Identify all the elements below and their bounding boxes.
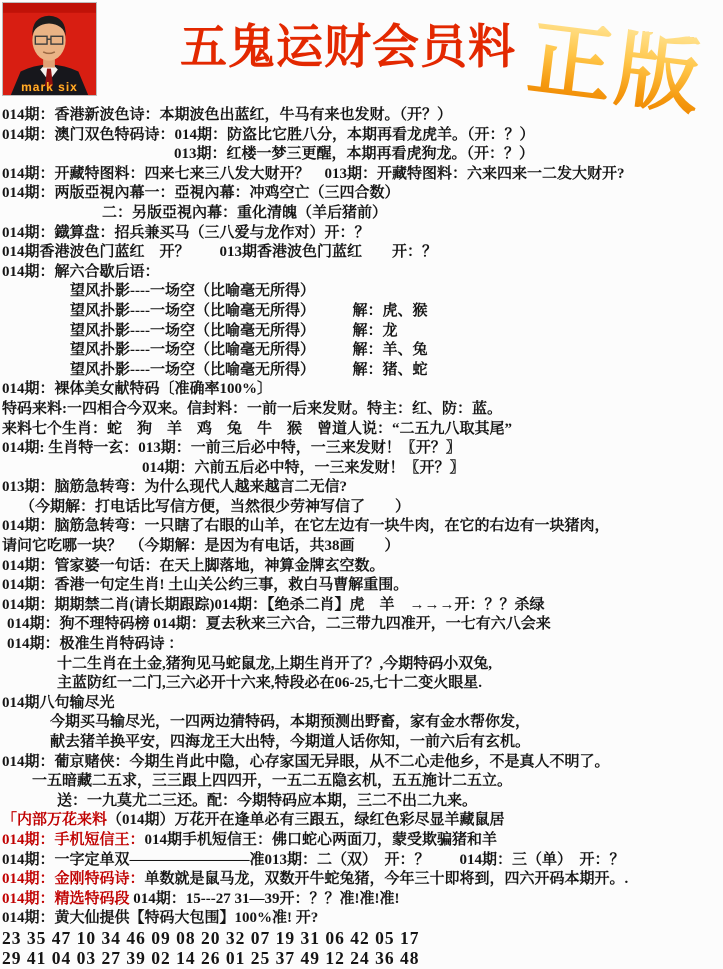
text-line: 望风扑影----一场空（比喻毫无所得） 解：虎、猴: [2, 302, 723, 322]
text-line: 014期：金刚特码诗：单数就是鼠马龙，双数开牛蛇兔猪，今年三十即将到，四六开码本…: [2, 870, 723, 890]
text-segment: 014期：两版亞視內幕一：亞視內幕：冲鸡空亡（三四合数）: [2, 185, 400, 201]
text-segment: 二：另版亞視內幕：重化清魄（羊后猪前）: [102, 205, 387, 221]
text-segment: 014期：解六合歇后语：: [2, 264, 160, 280]
text-line: 014期：两版亞視內幕一：亞視內幕：冲鸡空亡（三四合数）: [2, 184, 723, 204]
text-line: 「内部万花来料（014期）万花开在逢单必有三跟五，绿红色彩尽显羊藏鼠居: [2, 811, 723, 831]
text-segment: 014期：裸体美女献特码〔准确率100%〕: [2, 381, 272, 397]
text-line: 014期：香港新波色诗：本期波色出蓝红，牛马有来也发财。（开？）: [2, 106, 723, 126]
text-line: 014期：管家婆一句话：在天上脚落地，神算金牌玄空数。: [2, 557, 723, 577]
text-line: 014期：黄大仙提供【特码大包围】100%准! 开?: [2, 909, 723, 929]
text-segment: 014期：澳门双色特码诗：014期：防盗比它胜八分，本期再看龙虎羊。（开：？）: [2, 127, 535, 143]
text-segment: 望风扑影----一场空（比喻毫无所得） 解：羊、兔: [70, 342, 427, 358]
text-line: 014期：香港一句定生肖! 土山关公约三事，救白马曹解重围。: [2, 576, 723, 596]
text-segment: 望风扑影----一场空（比喻毫无所得） 解：虎、猴: [70, 303, 427, 319]
text-segment: 29 41 04 03 27 39 02 14 26 01 25 37 49 1…: [2, 948, 420, 968]
text-line: 014期：一字定单双————————准013期：二（双） 开：？ 014期：三（…: [2, 851, 723, 871]
text-line: 014期：狗不理特码榜 014期：夏去秋来三六合，二三带九四准开，一七有六八会来: [2, 615, 723, 635]
text-line: （今期解：打电话比写信方便，当然很少劳神写信了 ）: [2, 498, 723, 518]
text-segment: 014期：狗不理特码榜 014期：夏去秋来三六合，二三带九四准开，一七有六八会来: [7, 616, 551, 632]
text-segment: 014期：手机短信王：: [2, 832, 145, 848]
text-line: 013期：脑筋急转弯：为什么现代人越来越言二无信?: [2, 478, 723, 498]
text-line: 请问它吃哪一块？ （今期解：是因为有电话，共38画 ）: [2, 537, 723, 557]
text-segment: 014期八句输尽光: [2, 695, 115, 711]
text-line: 014期：裸体美女献特码〔准确率100%〕: [2, 380, 723, 400]
text-segment: 望风扑影----一场空（比喻毫无所得） 解：猪、蛇: [70, 362, 427, 378]
text-segment: （今期解：打电话比写信方便，当然很少劳神写信了 ）: [20, 499, 410, 515]
text-segment: 014期香港波色门蓝红 开？ 013期香港波色门蓝红 开：？: [2, 244, 437, 260]
text-line: 望风扑影----一场空（比喻毫无所得） 解：羊、兔: [2, 341, 723, 361]
text-line: 29 41 04 03 27 39 02 14 26 01 25 37 49 1…: [2, 949, 723, 969]
text-line: 014期香港波色门蓝红 开？ 013期香港波色门蓝红 开：？: [2, 243, 723, 263]
text-line: 014期：脑筋急转弯：一只瞎了右眼的山羊，在它左边有一块牛肉，在它的右边有一块猪…: [2, 517, 723, 537]
text-line: 23 35 47 10 34 46 09 08 20 32 07 19 31 0…: [2, 929, 723, 949]
header: mark six 五鬼运财会员料 正版: [0, 0, 723, 106]
text-segment: 主蓝防红一二门,三六必开十六来,特段必在06-25,七十二变火眼星.: [57, 675, 482, 691]
text-line: 014期：开藏特图料：四来七来三八发大财开？ 013期：开藏特图料：六来四来一二…: [2, 165, 723, 185]
text-line: 望风扑影----一场空（比喻毫无所得） 解：龙: [2, 322, 723, 342]
text-line: 014期八句输尽光: [2, 694, 723, 714]
photo-caption: mark six: [3, 80, 96, 94]
text-segment: 014期：金刚特码诗：: [2, 871, 145, 887]
text-segment: 送：一九莫尤二三还。配：今期特码应本期，三二不出二九来。: [57, 793, 477, 809]
text-segment: 014期：香港新波色诗：本期波色出蓝红，牛马有来也发财。（开？）: [2, 107, 452, 123]
text-segment: （014期）万花开在逢单必有三跟五，绿红色彩尽显羊藏鼠居: [107, 812, 505, 828]
text-segment: 014期：葡京赌侠：今期生肖此中隐，心存家国无异眼，从不二心走他乡，不是真人不明…: [2, 754, 610, 770]
tipster-photo: mark six: [2, 2, 97, 96]
text-line: 来料七个生肖：蛇 狗 羊 鸡 兔 牛 猴 曾道人说：“二五九八取其尾”: [2, 420, 723, 440]
text-segment: 014期：期期禁二肖(请长期跟踪)014期：【绝杀二肖】虎 羊 →→→开：？？杀…: [2, 597, 545, 613]
text-segment: 014期：鐡算盘：招兵兼买马（三八爱与龙作对）开：？: [2, 225, 370, 241]
text-segment: 014期：脑筋急转弯：一只瞎了右眼的山羊，在它左边有一块牛肉，在它的右边有一块猪…: [2, 518, 610, 534]
text-segment: 单数就是鼠马龙，双数开牛蛇兔猪，今年三十即将到，四六开码本期开。.: [145, 871, 629, 887]
text-segment: 「内部万花来料: [2, 812, 107, 828]
text-segment: 014期：六前五后必中特，一三来发财！〖开？〗: [142, 460, 465, 476]
tip-sheet-page: mark six 五鬼运财会员料 正版 014期：香港新波色诗：本期波色出蓝红，…: [0, 0, 723, 969]
text-segment: 014期：一字定单双————————准013期：二（双） 开：？ 014期：三（…: [2, 852, 625, 868]
text-line: 014期: 生肖特一玄：013期：一前三后必中特，一三来发财！〖开？〗: [2, 439, 723, 459]
text-line: 014期：解六合歇后语：: [2, 263, 723, 283]
text-segment: 一五暗藏二五求，三三跟上四四开，一五二五隐玄机，五五施计二五立。: [32, 773, 512, 789]
page-title: 五鬼运财会员料: [180, 22, 516, 74]
text-segment: 来料七个生肖：蛇 狗 羊 鸡 兔 牛 猴 曾道人说：“二五九八取其尾”: [2, 421, 512, 437]
text-segment: 23 35 47 10 34 46 09 08 20 32 07 19 31 0…: [2, 928, 420, 948]
text-line: 014期：期期禁二肖(请长期跟踪)014期：【绝杀二肖】虎 羊 →→→开：？？杀…: [2, 596, 723, 616]
text-line: 二：另版亞視內幕：重化清魄（羊后猪前）: [2, 204, 723, 224]
text-line: 014期：六前五后必中特，一三来发财！〖开？〗: [2, 459, 723, 479]
text-segment: 十二生肖在土金,猪狗见马蛇鼠龙,上期生肖开了？,今期特码小双兔,: [57, 656, 492, 672]
text-line: 送：一九莫尤二三还。配：今期特码应本期，三二不出二九来。: [2, 792, 723, 812]
text-segment: 今期买马输尽光，一四两边猜特码，本期预测出野畜，家有金水帮你发，: [50, 714, 530, 730]
text-segment: 014期：精选特码段: [2, 891, 133, 907]
text-segment: 014期: 生肖特一玄：013期：一前三后必中特，一三来发财！〖开？〗: [2, 440, 461, 456]
text-line: 014期：澳门双色特码诗：014期：防盗比它胜八分，本期再看龙虎羊。（开：？）: [2, 126, 723, 146]
text-line: 望风扑影----一场空（比喻毫无所得）: [2, 282, 723, 302]
text-line: 望风扑影----一场空（比喻毫无所得） 解：猪、蛇: [2, 361, 723, 381]
text-line: 014期：精选特码段 014期：15---27 31—39开：？？准!准!准!: [2, 890, 723, 910]
text-segment: 特码来料:一四相合今双来。信封料：一前一后来发财。特主：红、防：蓝。: [2, 401, 502, 417]
content-lines: 014期：香港新波色诗：本期波色出蓝红，牛马有来也发财。（开？）014期：澳门双…: [2, 106, 723, 968]
text-line: 今期买马输尽光，一四两边猜特码，本期预测出野畜，家有金水帮你发，: [2, 713, 723, 733]
text-segment: 献去猪羊换平安，四海龙王大出特，今期道人话你知，一前六后有玄机。: [50, 734, 530, 750]
text-line: 014期：手机短信王：014期手机短信王：佛口蛇心两面刀，蒙受欺骗猪和羊: [2, 831, 723, 851]
text-segment: 013期：红楼一梦三更醒，本期再看虎狗龙。（开：？）: [174, 146, 534, 162]
text-segment: 014期：管家婆一句话：在天上脚落地，神算金牌玄空数。: [2, 558, 385, 574]
text-segment: 014期：极准生肖特码诗 ：: [7, 636, 183, 652]
text-segment: 望风扑影----一场空（比喻毫无所得） 解：龙: [70, 323, 397, 339]
text-segment: 014期：黄大仙提供【特码大包围】100%准! 开?: [2, 910, 318, 926]
text-line: 014期：葡京赌侠：今期生肖此中隐，心存家国无异眼，从不二心走他乡，不是真人不明…: [2, 753, 723, 773]
text-segment: 望风扑影----一场空（比喻毫无所得）: [70, 283, 315, 299]
text-segment: 014期：香港一句定生肖! 土山关公约三事，救白马曹解重围。: [2, 577, 408, 593]
text-segment: 请问它吃哪一块？ （今期解：是因为有电话，共38画 ）: [2, 538, 400, 554]
text-line: 主蓝防红一二门,三六必开十六来,特段必在06-25,七十二变火眼星.: [2, 674, 723, 694]
text-segment: 014期：开藏特图料：四来七来三八发大财开？ 013期：开藏特图料：六来四来一二…: [2, 166, 625, 182]
text-segment: 014期：15---27 31—39开：？？准!准!准!: [133, 891, 399, 907]
text-line: 特码来料:一四相合今双来。信封料：一前一后来发财。特主：红、防：蓝。: [2, 400, 723, 420]
text-line: 014期：极准生肖特码诗 ：: [2, 635, 723, 655]
text-line: 014期：鐡算盘：招兵兼买马（三八爱与龙作对）开：？: [2, 224, 723, 244]
text-line: 一五暗藏二五求，三三跟上四四开，一五二五隐玄机，五五施计二五立。: [2, 772, 723, 792]
text-line: 献去猪羊换平安，四海龙王大出特，今期道人话你知，一前六后有玄机。: [2, 733, 723, 753]
text-segment: 013期：脑筋急转弯：为什么现代人越来越言二无信?: [2, 479, 347, 495]
text-line: 013期：红楼一梦三更醒，本期再看虎狗龙。（开：？）: [2, 145, 723, 165]
text-line: 十二生肖在土金,猪狗见马蛇鼠龙,上期生肖开了？,今期特码小双兔,: [2, 655, 723, 675]
text-segment: 014期手机短信王：佛口蛇心两面刀，蒙受欺骗猪和羊: [145, 832, 498, 848]
